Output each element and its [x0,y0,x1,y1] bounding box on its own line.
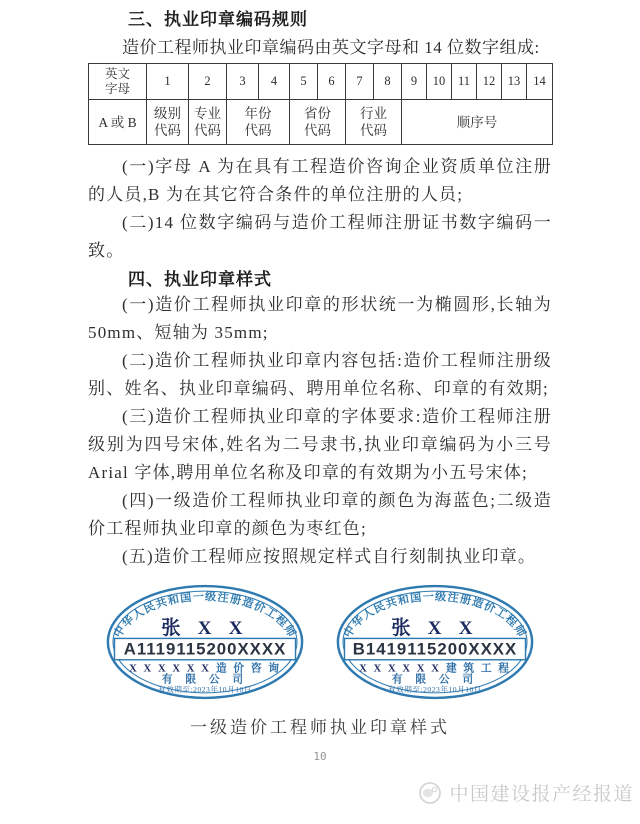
paragraph-style-3: (三)造价工程师执业印章的字体要求:造价工程师注册级别为四号宋体,姓名为二号隶书… [88,403,552,487]
svg-text:X X X X X X造 价 咨 询: X X X X X X造 价 咨 询 [129,661,281,674]
table-header-cell: 1 [147,64,189,100]
table-header-cell: 14 [527,64,553,100]
table-header-cell: 7 [346,64,374,100]
table-header-cell: 5 [290,64,318,100]
document-page: 三、执业印章编码规则 造价工程师执业印章编码由英文字母和 14 位数字组成: 英… [88,0,552,763]
table-header-cell: 3 [227,64,259,100]
intro-paragraph: 造价工程师执业印章编码由英文字母和 14 位数字组成: [88,36,552,60]
svg-text:X X X X X X建 筑 工 程: X X X X X X建 筑 工 程 [359,661,511,674]
footer-logo-icon [417,780,443,806]
paragraph-style-4: (四)一级造价工程师执业印章的颜色为海蓝色;二级造价工程师执业印章的颜色为枣红色… [88,487,552,543]
table-header-row: 英文 字母 1 2 3 4 5 6 7 8 9 10 11 12 13 14 [89,64,553,100]
table-header-cell: 6 [318,64,346,100]
footer-watermark: 中国建设报产经报道 [0,779,634,806]
seal-code-text: B1419115200XXXX [353,640,517,659]
table-body-cell: 顺序号 [402,100,553,145]
table-header-cell: 10 [427,64,452,100]
seal-holder-name: 张 X X [391,616,478,639]
figure-caption: 一级造价工程师执业印章样式 [88,713,552,738]
section4-heading: 四、执业印章样式 [128,269,552,291]
seal-samples: 中华人民共和国一级注册造价工程师 张 X X A1119115200XXXX X… [88,583,552,703]
seal-company-suffix: 有 限 公 司 [392,673,478,686]
table-body-cell: 专业 代码 [189,100,227,145]
paragraph-style-1: (一)造价工程师执业印章的形状统一为椭圆形,长轴为 50mm、短轴为 35mm; [88,291,552,347]
seal-holder-name: 张 X X [161,616,248,639]
table-header-cell: 9 [402,64,427,100]
section3-heading: 三、执业印章编码规则 [128,0,552,31]
page-number: 10 [88,750,552,763]
paragraph-rule-1: (一)字母 A 为在具有工程造价咨询企业资质单位注册的人员,B 为在其它符合条件… [88,153,552,209]
table-body-cell: 年份 代码 [227,100,290,145]
seal-sample-b: 中华人民共和国一级注册造价工程师 张 X X B1419115200XXXX X… [333,583,537,703]
seal-company-type: 建 筑 工 程 [446,661,511,674]
seal-sample-a: 中华人民共和国一级注册造价工程师 张 X X A1119115200XXXX X… [103,583,307,703]
table-header-cell: 8 [374,64,402,100]
footer-brand-text: 中国建设报产经报道 [449,779,634,806]
table-body-cell: 行业 代码 [346,100,402,145]
table-header-cell: 11 [452,64,477,100]
table-body-cell: A 或 B [89,100,147,145]
table-header-cell: 2 [189,64,227,100]
table-header-cell: 4 [259,64,290,100]
seal-company-suffix: 有 限 公 司 [162,673,248,686]
paragraph-style-5: (五)造价工程师应按照规定样式自行刻制执业印章。 [88,543,552,571]
paragraph-rule-2: (二)14 位数字编码与造价工程师注册证书数字编码一致。 [88,209,552,265]
seal-validity-text: 有效期至:2023年10月10日 [388,684,482,694]
seal-validity-text: 有效期至:2023年10月10日 [158,684,252,694]
table-header-cell: 13 [502,64,527,100]
table-header-cell: 英文 字母 [89,64,147,100]
paragraph-style-2: (二)造价工程师执业印章内容包括:造价工程师注册级别、姓名、执业印章编码、聘用单… [88,347,552,403]
seal-code-text: A1119115200XXXX [124,640,287,659]
table-body-cell: 省份 代码 [290,100,346,145]
seal-code-table: 英文 字母 1 2 3 4 5 6 7 8 9 10 11 12 13 14 A… [88,63,553,145]
table-body-cell: 级别 代码 [147,100,189,145]
seal-company-type: 造 价 咨 询 [216,661,281,674]
table-header-cell: 12 [477,64,502,100]
table-body-row: A 或 B 级别 代码 专业 代码 年份 代码 省份 代码 行业 代码 顺序号 [89,100,553,145]
